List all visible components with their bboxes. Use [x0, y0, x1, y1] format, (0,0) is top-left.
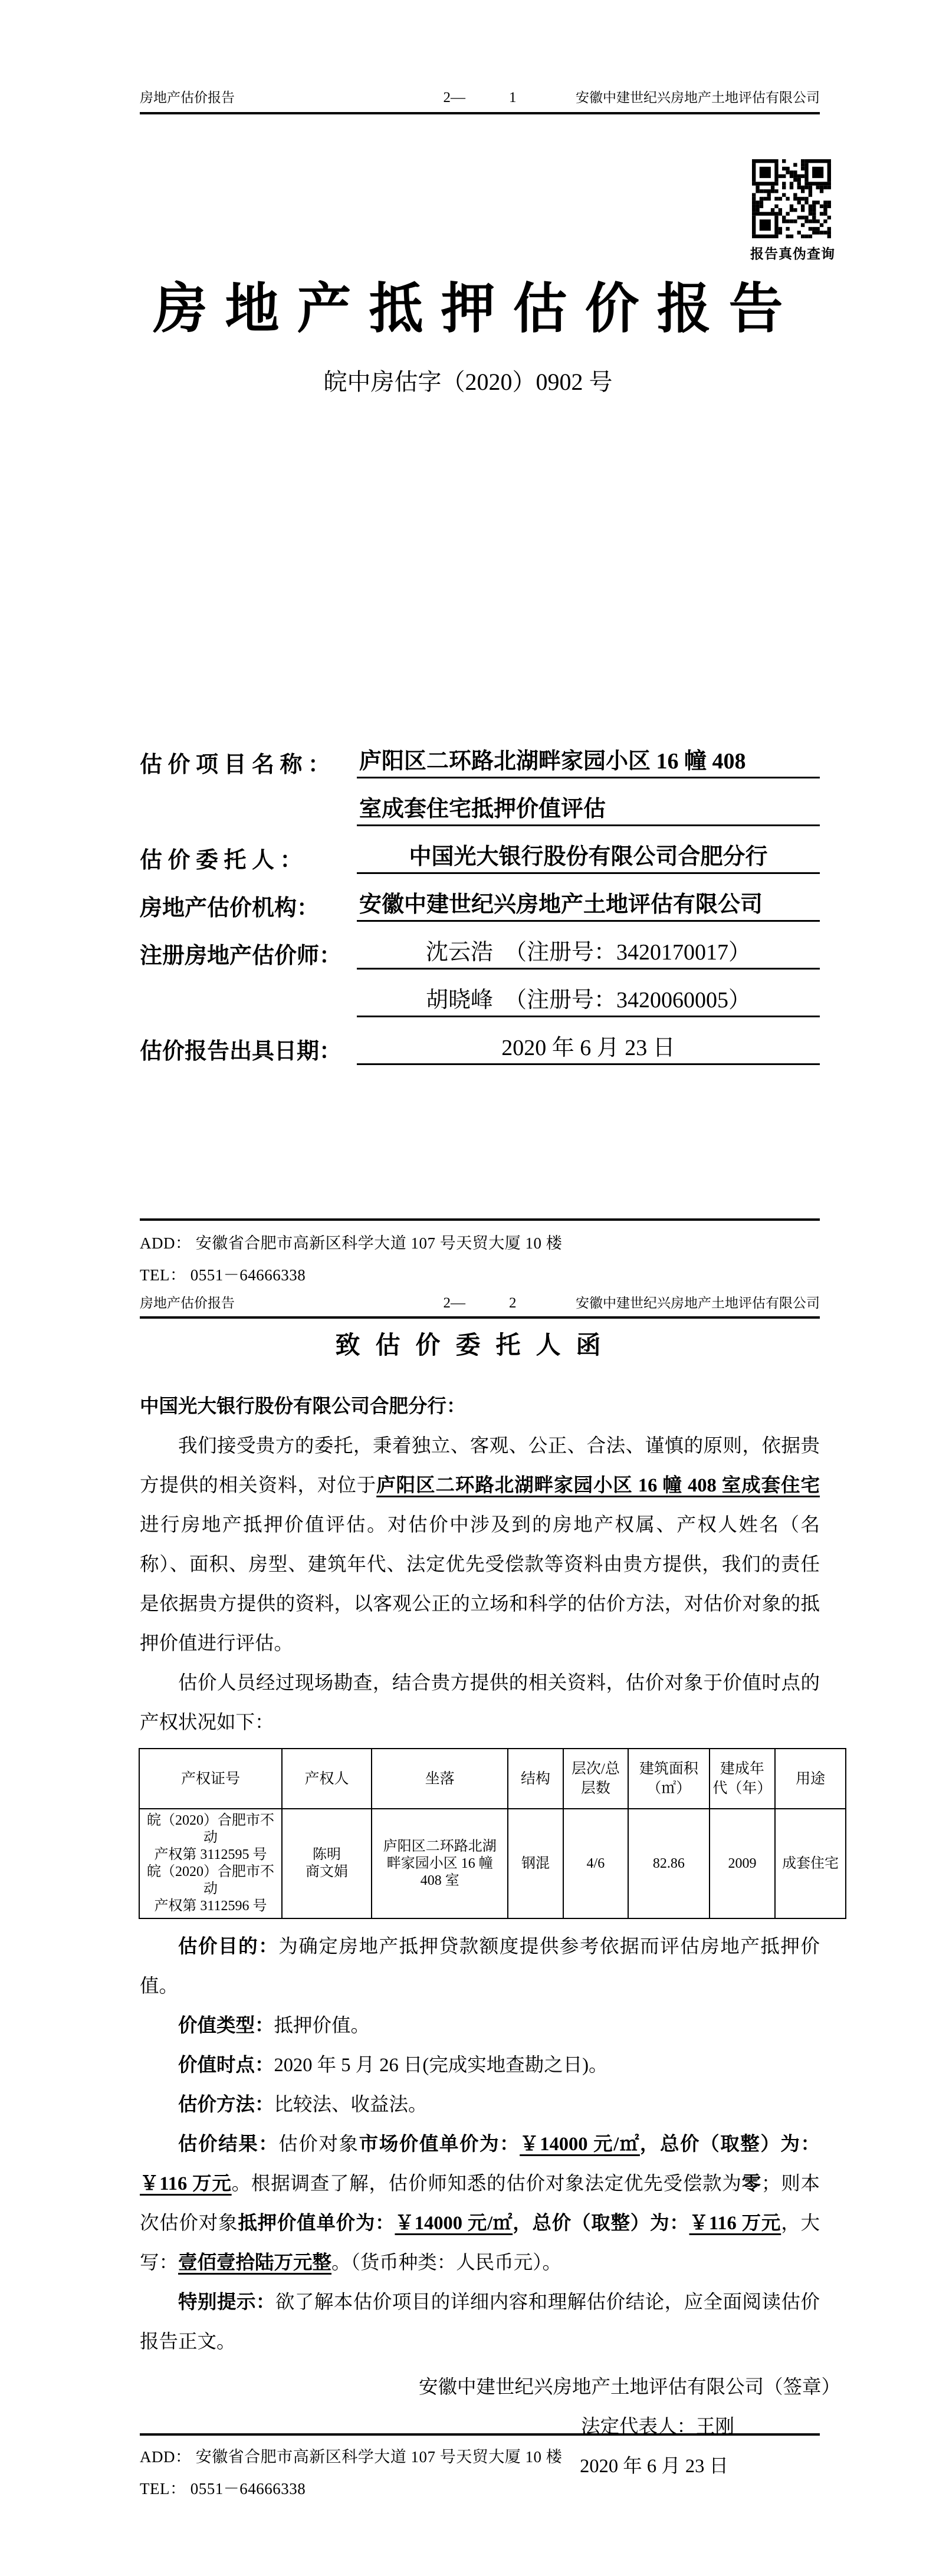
- qr-code-image: [752, 159, 831, 238]
- page2-running-head: 房地产估价报告 2— 2 安徽中建世纪兴房地产土地评估有限公司: [140, 1295, 820, 1312]
- section-value-type: 价值类型：抵押价值。: [140, 2006, 820, 2046]
- page-number: 1: [509, 90, 517, 106]
- header-rule: [140, 1316, 820, 1319]
- table-header-cell: 产权证号: [139, 1749, 282, 1809]
- info-row-client: 估 价 委 托 人 ： 中国光大银行股份有限公司合肥分行: [140, 845, 820, 874]
- table-header-cell: 结构: [508, 1749, 563, 1809]
- section-text: 抵押价值。: [274, 2015, 370, 2036]
- info-row-appraiser-2: 胡晓峰 （注册号：3420060005）: [140, 988, 820, 1017]
- page-number-group: 2— 1: [444, 90, 517, 106]
- cell-structure: 钢混: [508, 1809, 563, 1918]
- text-segment: 零: [742, 2173, 761, 2194]
- report-number: 皖中房估字（2020）0902 号: [0, 363, 936, 397]
- info-value: 庐阳区二环路北湖畔家园小区 16 幢 408: [357, 742, 820, 778]
- paragraph-valuation-result: 估价结果：估价对象市场价值单价为：￥14000 元/㎡，总价（取整）为：￥116…: [140, 2125, 820, 2283]
- qr-caption: 报告真伪查询: [750, 243, 833, 262]
- cell-area: 82.86: [628, 1809, 710, 1918]
- text-segment: 。根据调查了解，估价师知悉的估价对象法定优先受偿款为: [232, 2173, 742, 2194]
- running-head-company: 安徽中建世纪兴房地产土地评估有限公司: [517, 90, 820, 106]
- text-segment: 估价对象: [278, 2134, 359, 2155]
- info-label: 估 价 项 目 名 称 ：: [140, 746, 357, 778]
- letter-title: 致估价委托人函: [0, 1326, 936, 1361]
- section-text: 2020 年 5 月 26 日(完成实地查勘之日)。: [274, 2055, 608, 2076]
- text-segment: ￥116 万元: [689, 2213, 781, 2234]
- notice-label: 特别提示：: [178, 2292, 275, 2313]
- info-value: 室成套住宅抵押价值评估: [357, 790, 820, 826]
- letter-body: 中国光大银行股份有限公司合肥分行： 我们接受贵方的委托，秉着独立、客观、公正、合…: [140, 1387, 820, 2486]
- cell-certificate-no: 皖（2020）合肥市不动 产权第 3112595 号 皖（2020）合肥市不动 …: [139, 1809, 282, 1918]
- signature-representative: 法定代表人：王刚: [140, 2407, 840, 2447]
- page-number-prefix: 2—: [444, 90, 466, 106]
- text-segment: ，总价（取整）为：: [640, 2134, 820, 2155]
- info-value: 中国光大银行股份有限公司合肥分行: [357, 838, 820, 874]
- section-text: 比较法、收益法。: [274, 2094, 428, 2115]
- table-header-cell: 产权人: [282, 1749, 372, 1809]
- section-method: 估价方法：比较法、收益法。: [140, 2085, 820, 2125]
- table-row: 皖（2020）合肥市不动 产权第 3112595 号 皖（2020）合肥市不动 …: [139, 1809, 846, 1918]
- info-row-project-name-cont: 室成套住宅抵押价值评估: [140, 797, 820, 826]
- report-title: 房地产抵押估价报告: [0, 265, 936, 343]
- section-label: 价值类型：: [178, 2015, 274, 2036]
- page-number: 2: [509, 1295, 517, 1312]
- running-head-doc-type: 房地产估价报告: [140, 1295, 444, 1312]
- info-row-project-name: 估 价 项 目 名 称 ： 庐阳区二环路北湖畔家园小区 16 幢 408: [140, 749, 820, 778]
- info-label: 房地产估价机构：: [140, 889, 357, 922]
- text-segment: 市场价值单价为：: [359, 2134, 520, 2155]
- table-header-cell: 用途: [775, 1749, 846, 1809]
- table-header-cell: 坐落: [372, 1749, 508, 1809]
- text-segment: 估价结果：: [178, 2134, 278, 2155]
- text-segment: 壹佰壹拾陆万元整: [178, 2252, 331, 2273]
- text-segment: 庐阳区二环路北湖畔家园小区 16 幢 408 室成套住宅: [376, 1475, 820, 1496]
- footer-address: ADD： 安徽省合肥市高新区科学大道 107 号天贸大厦 10 楼: [140, 2444, 820, 2467]
- text-segment: ￥14000 元/㎡: [520, 2134, 640, 2155]
- section-label: 估价方法：: [178, 2094, 274, 2115]
- text-segment: 抵押价值单价为：: [238, 2213, 395, 2234]
- info-row-appraiser-1: 注册房地产估价师： 沈云浩 （注册号：3420170017）: [140, 940, 820, 970]
- cell-owner: 陈明 商文娟: [282, 1809, 372, 1918]
- info-row-agency: 房地产估价机构： 安徽中建世纪兴房地产土地评估有限公司: [140, 892, 820, 922]
- qr-verification-block: 报告真伪查询: [750, 159, 833, 262]
- running-head-doc-type: 房地产估价报告: [140, 90, 444, 106]
- footer-tel: TEL： 0551－64666338: [140, 2476, 820, 2499]
- info-value: 沈云浩 （注册号：3420170017）: [357, 934, 820, 970]
- info-value: 安徽中建世纪兴房地产土地评估有限公司: [357, 886, 820, 922]
- info-value: 胡晓峰 （注册号：3420060005）: [357, 981, 820, 1017]
- header-rule: [140, 112, 820, 114]
- table-header-cell: 建成年 代（年）: [710, 1749, 775, 1809]
- salutation: 中国光大银行股份有限公司合肥分行：: [140, 1387, 820, 1427]
- signature-company: 安徽中建世纪兴房地产土地评估有限公司（签章）: [140, 2368, 840, 2407]
- text-segment: ，总价（取整）为：: [513, 2213, 689, 2234]
- paragraph-survey: 估价人员经过现场勘查，结合贵方提供的相关资料，估价对象于价值时点的产权状况如下：: [140, 1664, 820, 1743]
- text-segment: 进行房地产抵押价值评估。对估价中涉及到的房地产权属、产权人姓名（名称）、面积、房…: [140, 1514, 820, 1654]
- page-number-group: 2— 2: [444, 1295, 517, 1312]
- page-number-prefix: 2—: [444, 1295, 466, 1312]
- info-label: 估价报告出具日期：: [140, 1033, 357, 1065]
- text-segment: 。（货币种类：人民币元）。: [331, 2252, 561, 2273]
- running-head-company: 安徽中建世纪兴房地产土地评估有限公司: [517, 1295, 820, 1312]
- footer-tel: TEL： 0551－64666338: [140, 1262, 820, 1285]
- info-label: 估 价 委 托 人 ：: [140, 842, 357, 874]
- section-label: 价值时点：: [178, 2055, 274, 2076]
- cell-location: 庐阳区二环路北湖 畔家园小区 16 幢 408 室: [372, 1809, 508, 1918]
- cover-info-block: 估 价 项 目 名 称 ： 庐阳区二环路北湖畔家园小区 16 幢 408 室成套…: [140, 749, 820, 1083]
- footer-rule: [140, 1218, 820, 1221]
- table-header-row: 产权证号 产权人 坐落 结构 层次/总 层数 建筑面积 （㎡） 建成年 代（年）…: [139, 1749, 846, 1809]
- info-row-issue-date: 估价报告出具日期： 2020 年 6 月 23 日: [140, 1036, 820, 1065]
- paragraph-engagement: 我们接受贵方的委托，秉着独立、客观、公正、合法、谨慎的原则，依据贵方提供的相关资…: [140, 1427, 820, 1664]
- table-header-cell: 层次/总 层数: [563, 1749, 628, 1809]
- paragraph-special-notice: 特别提示：欲了解本估价项目的详细内容和理解估价结论，应全面阅读估价报告正文。: [140, 2283, 820, 2362]
- info-label: 注册房地产估价师：: [140, 937, 357, 970]
- section-purpose: 估价目的：为确定房地产抵押贷款额度提供参考依据而评估房地产抵押价值。: [140, 1927, 820, 2006]
- cell-use: 成套住宅: [775, 1809, 846, 1918]
- section-value-date: 价值时点：2020 年 5 月 26 日(完成实地查勘之日)。: [140, 2046, 820, 2085]
- section-label: 估价目的：: [178, 1936, 278, 1957]
- table-header-cell: 建筑面积 （㎡）: [628, 1749, 710, 1809]
- text-segment: ￥116 万元: [140, 2173, 232, 2194]
- info-value: 2020 年 6 月 23 日: [357, 1029, 820, 1065]
- property-rights-table: 产权证号 产权人 坐落 结构 层次/总 层数 建筑面积 （㎡） 建成年 代（年）…: [139, 1748, 846, 1919]
- footer-address: ADD： 安徽省合肥市高新区科学大道 107 号天贸大厦 10 楼: [140, 1230, 820, 1253]
- cell-floor: 4/6: [563, 1809, 628, 1918]
- text-segment: ￥14000 元/㎡: [395, 2213, 513, 2234]
- page1-running-head: 房地产估价报告 2— 1 安徽中建世纪兴房地产土地评估有限公司: [140, 90, 820, 106]
- footer-rule: [140, 2433, 820, 2436]
- cell-year-built: 2009: [710, 1809, 775, 1918]
